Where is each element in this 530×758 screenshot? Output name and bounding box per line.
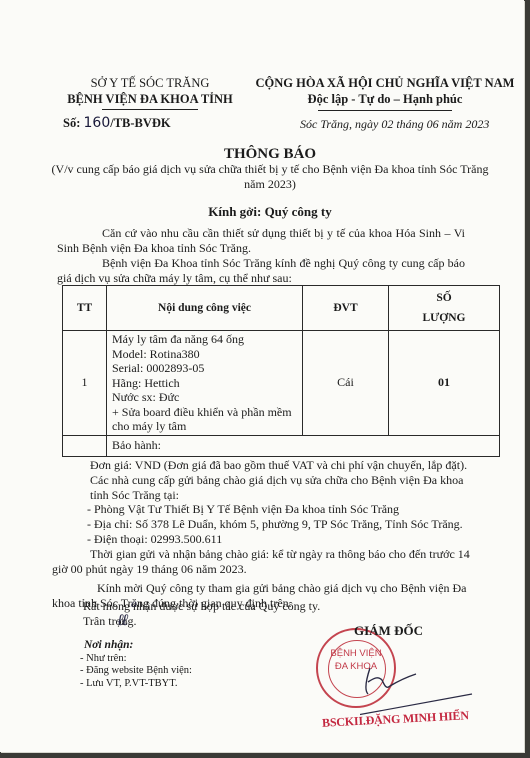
recipients-heading: Nơi nhận:	[84, 639, 192, 651]
submit-intro: Các nhà cung cấp gửi bảng chào giá dịch …	[52, 473, 477, 503]
doc-number-suffix: /TB-BVĐK	[110, 116, 170, 130]
signer-name: BSCKII.ĐẶNG MINH HIỂN	[322, 708, 469, 731]
stamp-line-1: BỆNH VIỆN	[318, 647, 394, 660]
cell-content: Máy ly tâm đa năng 64 ống Model: Rotina3…	[107, 331, 303, 436]
agency-name: SỞ Y TẾ SÓC TRĂNG	[50, 75, 250, 91]
address-line: - Địa chỉ: Số 378 Lê Duẩn, khóm 5, phườn…	[52, 517, 477, 532]
header-content: Nội dung công việc	[107, 286, 303, 331]
department-line: - Phòng Vật Tư Thiết Bị Y Tế Bệnh viện Đ…	[52, 502, 477, 517]
recipient-item: - Lưu VT, P.VT-TBYT.	[80, 678, 192, 690]
cell-quantity: 01	[389, 331, 500, 436]
hospital-name: BỆNH VIỆN ĐA KHOA TỈNH	[50, 91, 250, 107]
place-date: Sóc Trăng, ngày 02 tháng 06 năm 2023	[300, 117, 489, 132]
content-line: + Sửa board điều khiển và phần mềm cho m…	[112, 405, 297, 434]
national-motto: Độc lập - Tự do – Hạnh phúc	[250, 91, 520, 107]
content-line: Hãng: Hettich	[112, 376, 297, 391]
warranty-empty-cell	[63, 435, 107, 456]
doc-number-handwritten: 160	[84, 115, 111, 131]
header-unit: ĐVT	[303, 286, 389, 331]
header-tt: TT	[63, 286, 107, 331]
recipient-item: - Như trên:	[80, 653, 192, 665]
director-title: GIÁM ĐỐC	[354, 623, 423, 639]
cell-tt: 1	[63, 331, 107, 436]
table-header-row: TT Nội dung công việc ĐVT SỐ LƯỢNG	[63, 286, 500, 331]
phone-line: - Điện thoại: 02993.500.611	[52, 532, 477, 547]
deadline-line: Thời gian gửi và nhận bảng chào giá: kể …	[52, 547, 477, 577]
cell-unit: Cái	[303, 331, 389, 436]
content-line: Máy ly tâm đa năng 64 ống	[112, 332, 297, 347]
header-quantity-line1: SỐ	[394, 288, 494, 308]
document-title: THÔNG BÁO	[40, 146, 500, 163]
document-number: Số: 160/TB-BVĐK	[63, 115, 171, 131]
initials-scribble-2: ℴ	[130, 595, 136, 611]
submit-intro-text: Các nhà cung cấp gửi bảng chào giá dịch …	[52, 473, 477, 503]
submission-notes: Đơn giá: VND (Đơn giá đã bao gồm thuế VA…	[52, 458, 477, 611]
paragraph-request: Bệnh viện Đa Khoa tỉnh Sóc Trăng kính đề…	[57, 256, 465, 286]
content-line: Serial: 0002893-05	[112, 361, 297, 376]
doc-number-prefix: Số:	[63, 116, 80, 130]
recipient-item: - Đăng website Bệnh viện:	[80, 665, 192, 677]
initials-scribble: ℓℓ	[117, 610, 126, 630]
issuer-underline	[102, 109, 198, 110]
paragraph-basis: Căn cứ vào nhu cầu cần thiết sử dụng thi…	[57, 226, 465, 256]
warranty-row: Bảo hành:	[63, 435, 500, 456]
warranty-cell: Bảo hành:	[107, 435, 500, 456]
national-header: CỘNG HÒA XÃ HỘI CHỦ NGHĨA VIỆT NAM Độc l…	[250, 75, 520, 111]
price-unit-note: Đơn giá: VND (Đơn giá đã bao gồm thuế VA…	[52, 458, 477, 473]
content-line: Model: Rotina380	[112, 347, 297, 362]
recipients-block: Nơi nhận: - Như trên: - Đăng website Bện…	[84, 639, 192, 690]
motto-underline	[318, 110, 452, 111]
document-page: SỞ Y TẾ SÓC TRĂNG BỆNH VIỆN ĐA KHOA TỈNH…	[0, 0, 524, 752]
table-row: 1 Máy ly tâm đa năng 64 ống Model: Rotin…	[63, 331, 500, 436]
header-quantity: SỐ LƯỢNG	[389, 286, 500, 331]
header-quantity-line2: LƯỢNG	[394, 308, 494, 328]
content-line: Nước sx: Đức	[112, 390, 297, 405]
document-subject: (V/v cung cấp báo giá dịch vụ sửa chữa t…	[50, 162, 490, 192]
greeting: Kính gởi: Quý công ty	[40, 204, 500, 220]
service-table: TT Nội dung công việc ĐVT SỐ LƯỢNG 1 Máy…	[62, 285, 500, 457]
nation-name: CỘNG HÒA XÃ HỘI CHỦ NGHĨA VIỆT NAM	[250, 75, 520, 91]
issuer-block: SỞ Y TẾ SÓC TRĂNG BỆNH VIỆN ĐA KHOA TỈNH	[50, 75, 250, 110]
